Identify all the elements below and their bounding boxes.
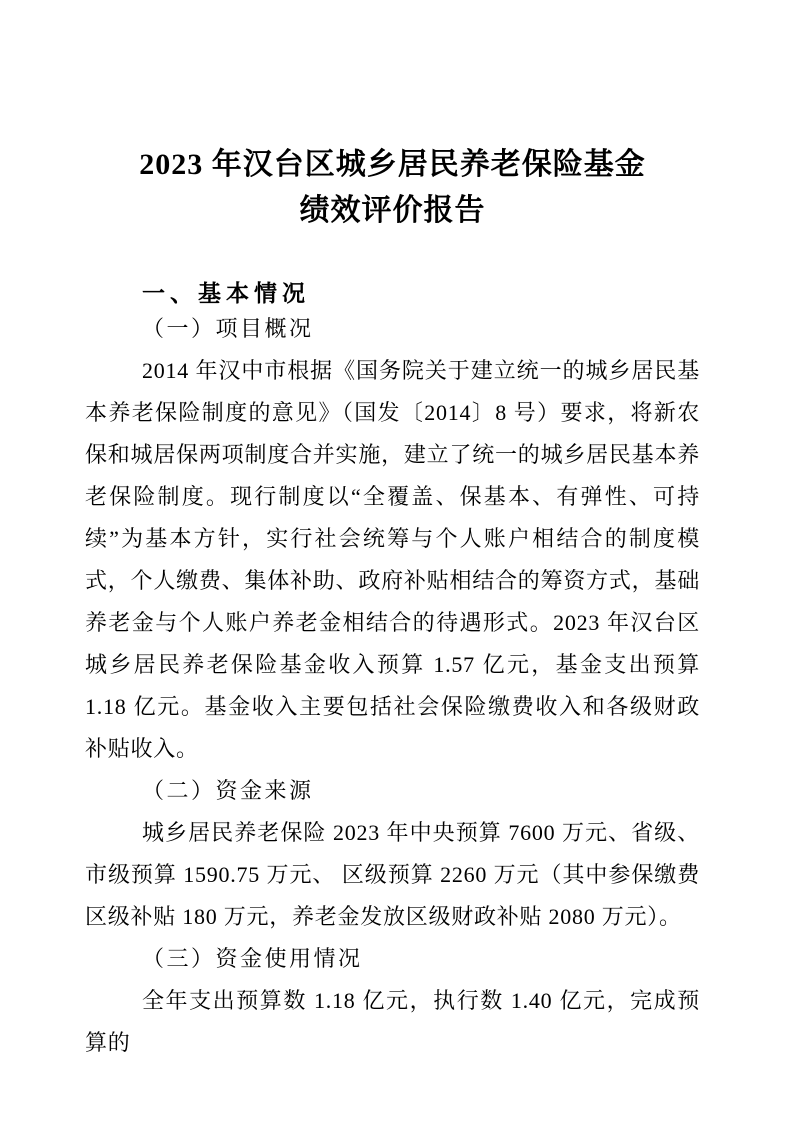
subsection-heading-project-overview: （一）项目概况: [85, 308, 700, 350]
paragraph-fund-usage: 全年支出预算数 1.18 亿元，执行数 1.40 亿元，完成预算的: [85, 980, 700, 1064]
document-page: 2023 年汉台区城乡居民养老保险基金 绩效评价报告 一、基本情况 （一）项目概…: [0, 0, 793, 1122]
subsection-heading-fund-usage: （三）资金使用情况: [85, 938, 700, 980]
document-title-line-1: 2023 年汉台区城乡居民养老保险基金: [85, 142, 700, 188]
document-title: 2023 年汉台区城乡居民养老保险基金 绩效评价报告: [85, 142, 700, 234]
section-heading-basic-situation: 一、基本情况: [85, 278, 700, 308]
document-title-line-2: 绩效评价报告: [85, 188, 700, 234]
subsection-heading-funding-sources: （二）资金来源: [85, 770, 700, 812]
paragraph-funding-sources: 城乡居民养老保险 2023 年中央预算 7600 万元、省级、市级预算 1590…: [85, 812, 700, 938]
paragraph-project-overview: 2014 年汉中市根据《国务院关于建立统一的城乡居民基本养老保险制度的意见》（国…: [85, 350, 700, 770]
